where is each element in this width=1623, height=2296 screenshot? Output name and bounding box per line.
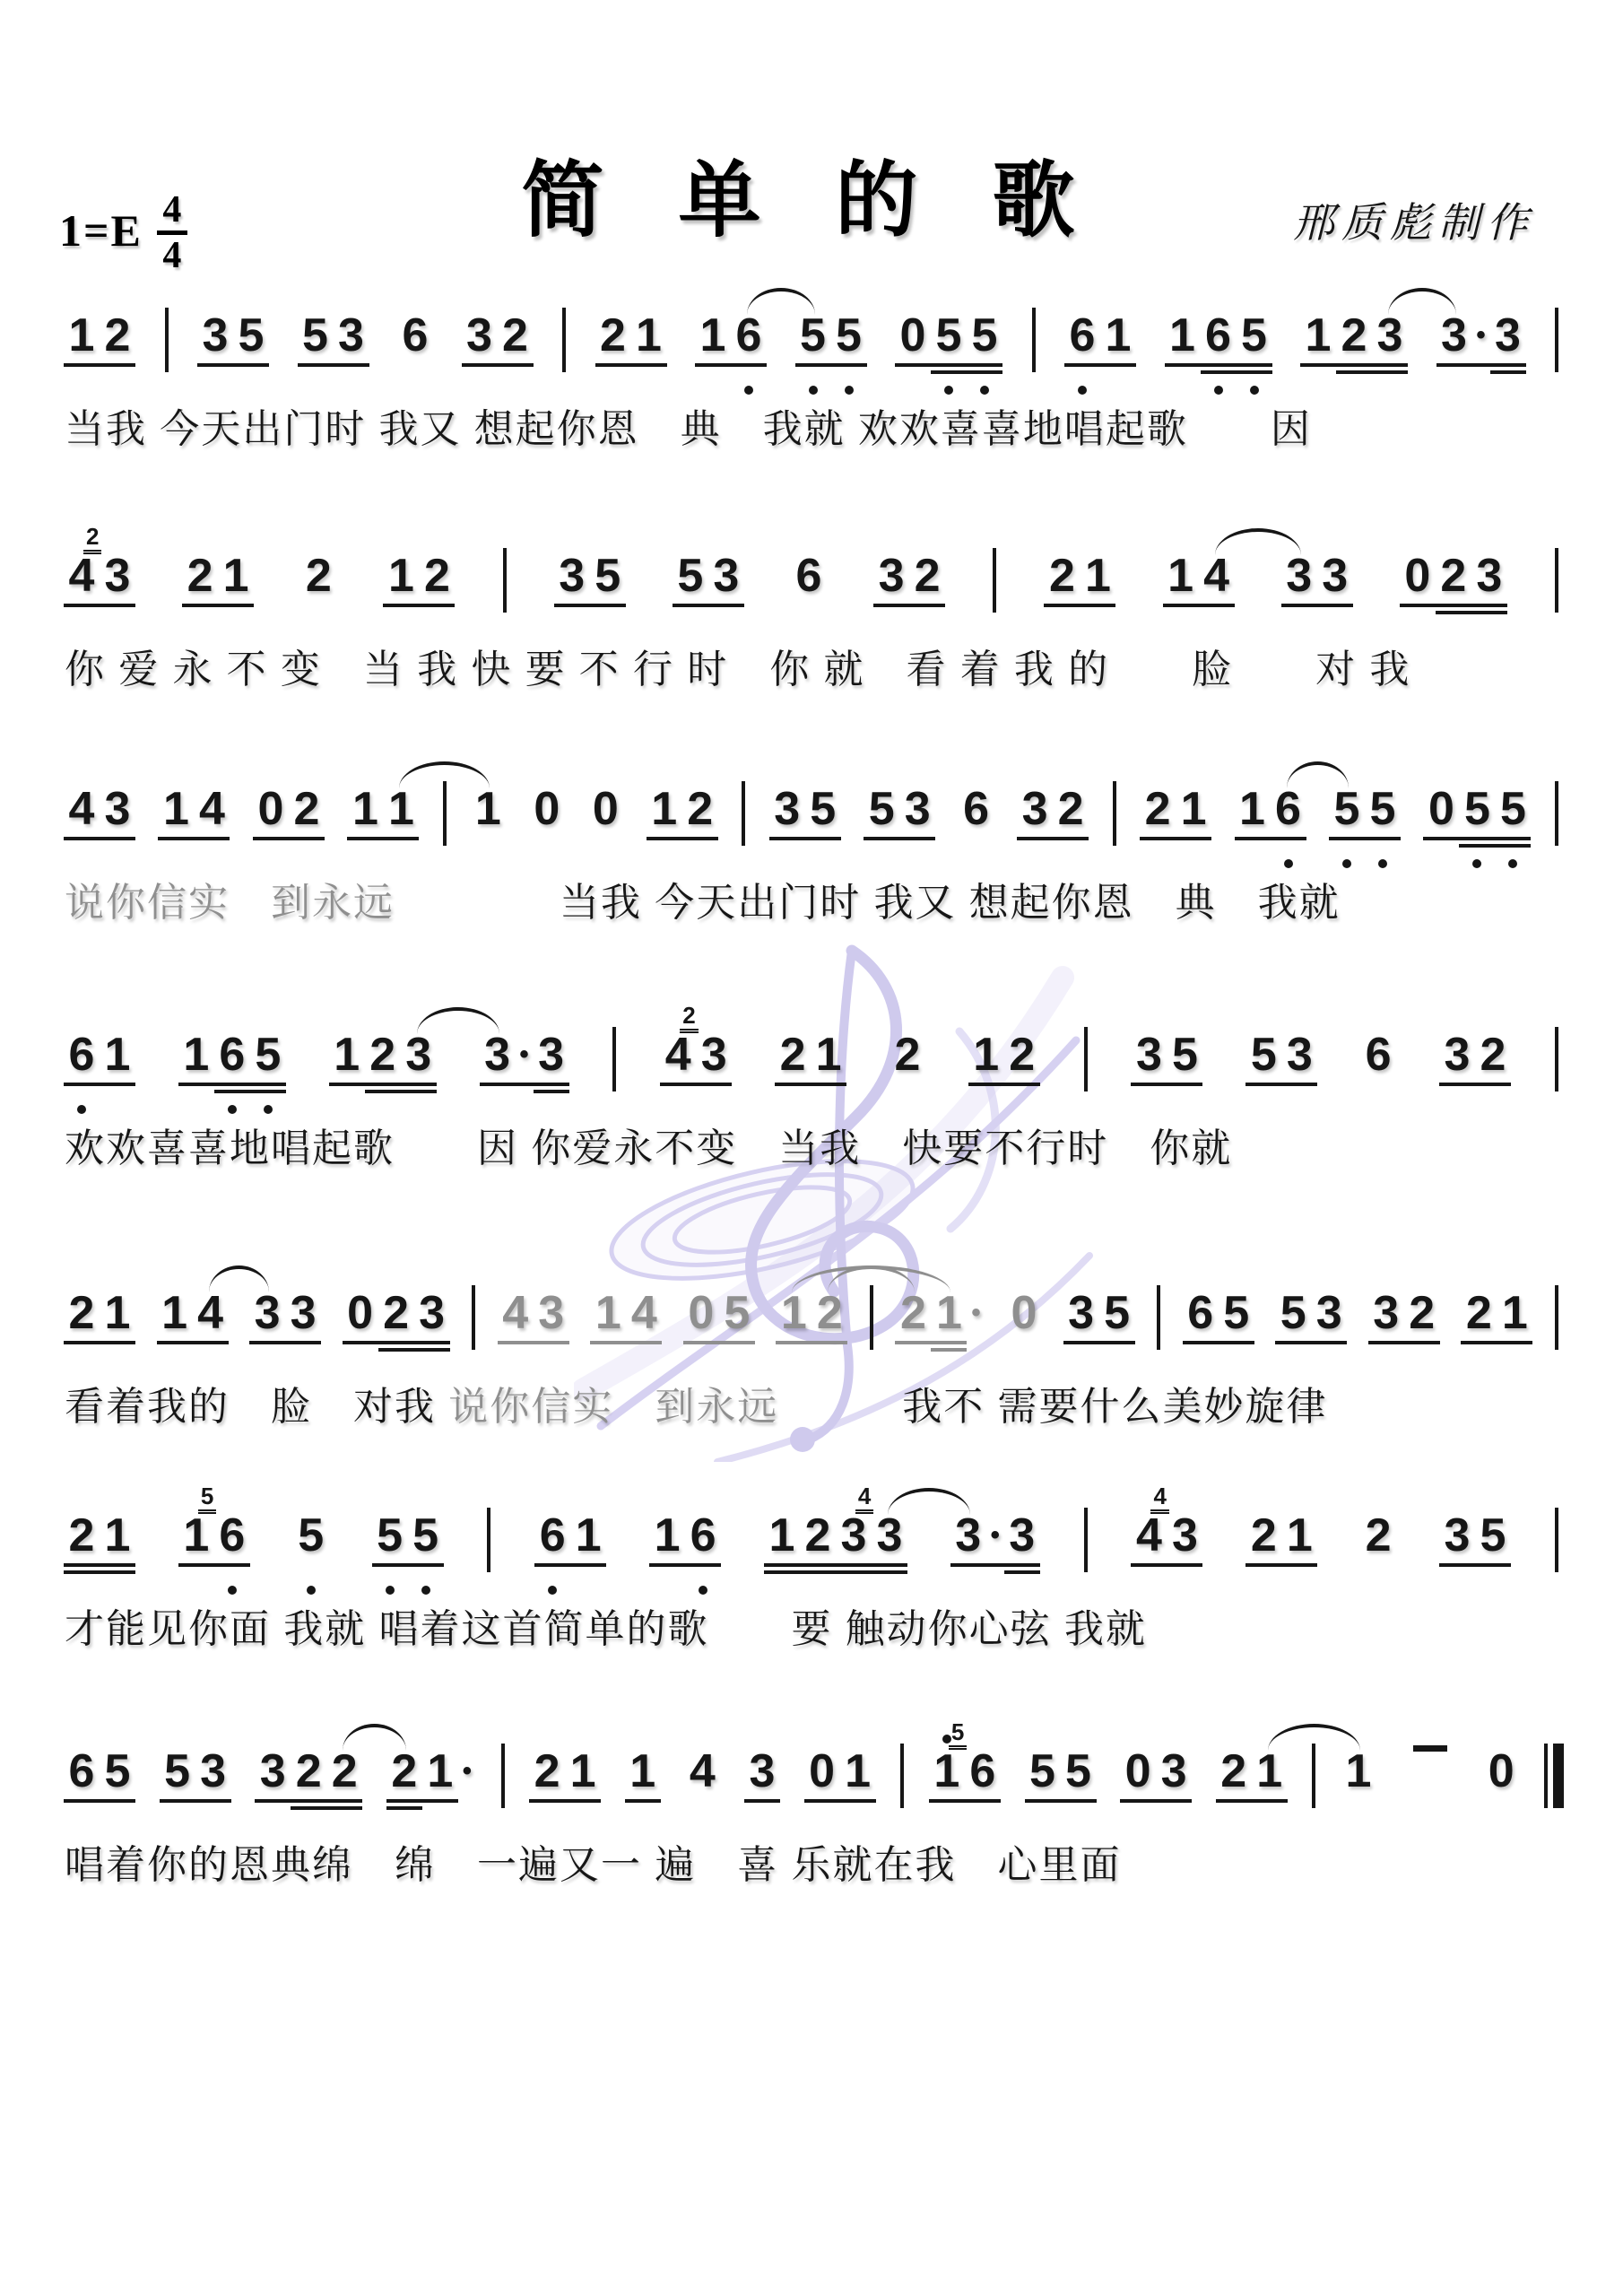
octave-dot-below-zone — [590, 1359, 626, 1378]
octave-dot-above-zone — [1360, 1007, 1396, 1029]
beam-line — [64, 604, 100, 607]
note: 0 — [804, 1724, 840, 1836]
octave-dot-below-zone — [1336, 381, 1372, 400]
beam-lines — [334, 361, 369, 381]
octave-dot-above-zone — [372, 1488, 408, 1509]
octave-dot-above-zone — [840, 1724, 876, 1745]
duration-dot: • — [1472, 309, 1490, 361]
beam-lines — [1483, 1797, 1519, 1817]
octave-dot-above-zone — [1360, 1488, 1396, 1509]
beam-line — [365, 1090, 401, 1093]
beam-lines — [1063, 1339, 1099, 1359]
beam-line — [931, 1341, 967, 1344]
beam-line — [64, 1563, 100, 1567]
beam-lines — [1245, 1561, 1281, 1581]
note-digit: 0 — [253, 783, 289, 835]
beam-line — [1252, 1799, 1288, 1803]
octave-dot-below-zone — [386, 1817, 422, 1836]
octave-dot-below-zone — [1459, 855, 1495, 874]
octave-dot-above-zone — [1490, 288, 1526, 309]
octave-dot-above-zone — [986, 1488, 1004, 1509]
notation-line: 43140211100123553632211655055 — [56, 761, 1567, 874]
note: 1 — [158, 761, 194, 874]
beam-lines — [899, 835, 935, 855]
beam-line — [899, 837, 935, 840]
note: 1 — [157, 1265, 193, 1378]
octave-dot-below-zone — [293, 1581, 329, 1600]
beam-line — [64, 1341, 100, 1344]
note: 1 — [329, 1007, 365, 1119]
octave-dot-above-zone — [422, 1724, 458, 1745]
note: 2 — [378, 1265, 414, 1378]
octave-dot-below-zone — [529, 855, 565, 874]
beam-group: 53 — [160, 1724, 231, 1836]
beam-group: 35 — [1063, 1265, 1135, 1378]
note-digit: 0 — [1120, 1745, 1156, 1797]
beam-line — [1436, 604, 1471, 607]
octave-dot-below-zone — [249, 1359, 285, 1378]
duration-dot: • — [986, 1509, 1004, 1561]
low-octave-dot — [1078, 386, 1087, 395]
octave-dot-above-zone — [214, 1007, 250, 1029]
octave-dot-above-zone — [967, 288, 1002, 309]
octave-dot-above-zone — [100, 1488, 135, 1509]
beam-lines — [1475, 1081, 1511, 1100]
beam-lines — [1100, 361, 1136, 381]
octave-dot-above-zone — [1044, 528, 1080, 550]
beam-line — [1237, 370, 1272, 374]
note-digit: 1 — [1163, 550, 1199, 602]
note-digit: 2 — [1404, 1287, 1440, 1339]
octave-dot-above-zone — [291, 1724, 326, 1745]
octave-dot-below-zone — [1131, 1581, 1167, 1600]
note: 3 — [1439, 1007, 1475, 1119]
beam-line — [696, 1083, 732, 1086]
note: 3 — [1490, 288, 1526, 400]
octave-dot-above-zone — [965, 1724, 1001, 1745]
lyrics-line: 说你信实 到永远 当我 今天出门时 我又 想起你恩 典 我就 — [56, 875, 1567, 931]
beam-line — [178, 1563, 214, 1567]
octave-dot-below-zone — [1100, 381, 1136, 400]
beam-line — [719, 1341, 755, 1344]
beam-line — [1183, 1341, 1219, 1344]
lyric-segment: 你 爱 永 不 变 当 我 快 要 不 行 时 你 就 看 着 我 的 脸 对 … — [65, 648, 1410, 691]
beam-line — [1237, 363, 1272, 367]
note-digit: 0 — [1483, 1745, 1519, 1797]
beam-line — [249, 1341, 285, 1344]
note: 2 — [1436, 528, 1471, 640]
lyrics-line: 欢欢喜喜地唱起歌 因 你爱永不变 当我 快要不行时 你就 — [56, 1121, 1567, 1177]
note: 2 — [419, 528, 455, 640]
beam-line — [967, 370, 1002, 374]
note-digit: 5 — [100, 1745, 135, 1797]
octave-dot-above-zone — [1140, 761, 1176, 783]
final-barline — [1544, 1744, 1564, 1808]
note-digit: 2 — [1436, 550, 1471, 602]
octave-dot-below-zone — [1176, 855, 1211, 874]
octave-dot-above-zone — [890, 1007, 925, 1029]
low-octave-dot — [845, 386, 854, 395]
octave-dot-below-zone — [986, 1581, 1004, 1600]
beam-line — [590, 604, 626, 607]
beam-lines — [1201, 361, 1237, 381]
octave-dot-above-zone — [255, 1724, 291, 1745]
note: 4 — [626, 1265, 662, 1378]
beam-lines — [1400, 602, 1436, 622]
beam-lines — [64, 1339, 100, 1359]
note: • — [458, 1724, 476, 1836]
note: 1 — [1235, 761, 1271, 874]
note-digit: 2 — [365, 1029, 401, 1081]
barline — [501, 1744, 505, 1808]
beam-line — [253, 837, 289, 840]
octave-dot-above-zone — [1219, 1265, 1254, 1287]
beam-line — [764, 1570, 800, 1574]
note-digit: 5 — [1475, 1509, 1511, 1561]
note-digit: 3 — [1131, 1029, 1167, 1081]
note: 2 — [64, 1488, 100, 1600]
note-digit: 2 — [1461, 1287, 1497, 1339]
beam-lines — [401, 1081, 437, 1100]
beam-lines — [587, 835, 623, 855]
octave-dot-below-zone — [462, 381, 498, 400]
octave-dot-below-zone — [1063, 1359, 1099, 1378]
octave-dot-above-zone — [347, 761, 383, 783]
beam-line — [326, 1806, 362, 1810]
note: 5 — [673, 528, 708, 640]
octave-dot-above-zone — [158, 761, 194, 783]
low-octave-dot — [699, 1586, 707, 1595]
octave-dot-below-zone — [64, 855, 100, 874]
beam-lines — [1439, 1561, 1475, 1581]
note-digit: 5 — [1025, 1745, 1061, 1797]
lyric-segment: 当我 今天出门时 我又 想起你恩 典 我就 — [395, 881, 1341, 925]
beam-group: 03 — [1120, 1724, 1192, 1836]
beam-lines — [873, 602, 909, 622]
beam-line — [836, 1570, 872, 1574]
octave-dot-below-zone — [1360, 1581, 1396, 1600]
beam-lines — [1183, 1339, 1219, 1359]
note-digit: 32 — [100, 550, 135, 602]
beam-lines — [64, 1081, 100, 1100]
beam-line — [1044, 604, 1080, 607]
note: 3 — [1368, 1265, 1404, 1378]
beam-line — [731, 363, 767, 367]
note-digit: 2 — [182, 550, 218, 602]
note-digit: 3 — [1439, 1029, 1475, 1081]
note-digit: 1 — [422, 1745, 458, 1797]
octave-dot-below-zone — [1483, 1817, 1519, 1836]
beam-lines — [253, 835, 289, 855]
beam-group: 02 — [253, 761, 325, 874]
octave-dot-below-zone — [967, 1359, 985, 1378]
octave-dot-below-zone — [1201, 381, 1237, 400]
note: 65 — [965, 1724, 1001, 1836]
note-digit: 2 — [682, 783, 718, 835]
barline — [443, 781, 447, 846]
note: 5 — [1099, 1265, 1135, 1378]
beam-lines — [534, 1339, 569, 1359]
note: 5 — [408, 1488, 444, 1600]
beam-group: 55 — [372, 1488, 444, 1600]
octave-dot-below-zone — [329, 1100, 365, 1119]
note-digit: 1 — [1235, 783, 1271, 835]
octave-dot-above-zone — [811, 1007, 846, 1029]
barline — [742, 781, 745, 846]
beam-line — [1317, 604, 1353, 607]
grace-note: 4 — [855, 1484, 873, 1514]
octave-dot-above-zone — [1471, 528, 1507, 550]
beam-line — [647, 837, 682, 840]
beam-lines — [178, 1561, 214, 1581]
octave-dot-above-zone — [769, 761, 805, 783]
note-digit: 2 — [1216, 1745, 1252, 1797]
barline — [1555, 548, 1558, 613]
beam-line — [895, 1341, 931, 1344]
beam-line — [872, 1570, 907, 1574]
note: 3 — [1439, 1488, 1475, 1600]
note: 2 — [1360, 1488, 1396, 1600]
barline — [1555, 1508, 1558, 1572]
note-digit: 0 — [804, 1745, 840, 1797]
note: 0 — [1006, 1265, 1042, 1378]
beam-group: 21 — [1044, 528, 1115, 640]
beam-line — [625, 1799, 661, 1803]
note: 2 — [1216, 1724, 1252, 1836]
octave-dot-above-zone — [1317, 528, 1353, 550]
octave-dot-below-zone — [587, 855, 623, 874]
note: 1 — [631, 288, 667, 400]
note: 5 — [160, 1724, 195, 1836]
beam-lines — [1235, 835, 1271, 855]
beam-line — [795, 363, 831, 367]
beam-lines — [372, 1561, 408, 1581]
note: 1 — [1497, 1265, 1532, 1378]
beam-line — [1336, 363, 1372, 367]
octave-dot-above-zone — [397, 288, 433, 309]
beam-line — [1490, 370, 1526, 374]
low-octave-dot — [421, 1586, 430, 1595]
beam-line — [554, 604, 590, 607]
beam-lines — [498, 361, 534, 381]
octave-dot-below-zone — [1183, 1359, 1219, 1378]
octave-dot-above-zone — [414, 1265, 450, 1287]
beam-group: 32 — [462, 288, 534, 400]
beam-lines — [864, 835, 899, 855]
beam-line — [100, 363, 135, 367]
barline — [1555, 1285, 1558, 1350]
beam-lines — [811, 1081, 846, 1100]
note: 3 — [255, 1724, 291, 1836]
beam-lines — [1006, 1339, 1042, 1359]
beam-lines — [1140, 835, 1176, 855]
octave-dot-above-zone — [1245, 1488, 1281, 1509]
barline — [870, 1285, 873, 1350]
beam-line — [769, 837, 805, 840]
octave-dot-above-zone — [289, 761, 325, 783]
beam-lines — [343, 1339, 378, 1359]
beam-lines — [414, 1339, 450, 1359]
octave-dot-above-zone — [195, 1724, 231, 1745]
note-digit: 3 — [1281, 550, 1317, 602]
beam-line — [1475, 1083, 1511, 1086]
octave-dot-below-zone — [682, 855, 718, 874]
note-digit: 1 — [1341, 1745, 1376, 1797]
note-digit: 4 — [1131, 1509, 1167, 1561]
octave-dot-below-zone — [864, 855, 899, 874]
beam-lines — [590, 1339, 626, 1359]
note-digit: 6 — [397, 309, 433, 361]
note: 5 — [805, 761, 841, 874]
beam-line — [1201, 370, 1237, 374]
note-digit: 3 — [708, 550, 744, 602]
lyric-segment: 看着我的 脸 对我 — [65, 1385, 448, 1429]
lyric-segment: 才能见你面 我就 唱着这首简单的歌 要 触动你心弦 我就 — [65, 1607, 1147, 1651]
octave-dot-below-zone — [719, 1359, 755, 1378]
note-digit: 3 — [744, 1745, 780, 1797]
octave-dot-above-zone — [293, 1488, 329, 1509]
note: 5 — [590, 528, 626, 640]
note-digit: 3 — [195, 1745, 231, 1797]
note-digit: 3 — [950, 1509, 986, 1561]
note-digit: 2 — [291, 1745, 326, 1797]
octave-dot-above-zone — [1061, 1724, 1097, 1745]
beam-lines — [1176, 835, 1211, 855]
note: 1 — [1300, 288, 1336, 400]
note: 4 — [498, 1265, 534, 1378]
octave-dot-below-zone — [419, 622, 455, 640]
note-digit: 6 — [731, 309, 767, 361]
beam-lines — [776, 1339, 811, 1359]
beam-lines — [100, 1081, 135, 1100]
octave-dot-above-zone — [1235, 761, 1271, 783]
note: 2 — [64, 1265, 100, 1378]
octave-dot-below-zone — [554, 622, 590, 640]
octave-dot-above-zone — [673, 528, 708, 550]
octave-dot-below-zone — [764, 1581, 800, 1600]
beam-group: 43 — [64, 761, 135, 874]
beam-lines — [178, 1081, 214, 1100]
note-digit: 3 — [1063, 1287, 1099, 1339]
beam-lines — [695, 361, 731, 381]
beam-lines — [683, 1339, 719, 1359]
beam-lines — [660, 1081, 696, 1100]
note-digit: 5 — [673, 550, 708, 602]
octave-dot-above-zone — [967, 1265, 985, 1287]
barline — [1084, 1508, 1088, 1572]
octave-dot-below-zone — [100, 1817, 135, 1836]
beam-line — [347, 837, 383, 840]
beam-line — [682, 837, 718, 840]
beam-line — [1167, 1083, 1202, 1086]
beam-line — [100, 1083, 135, 1086]
note: 4 — [684, 1724, 720, 1836]
beam-group: 0 — [587, 761, 623, 874]
beam-lines — [193, 1339, 229, 1359]
octave-dot-below-zone — [931, 1359, 967, 1378]
octave-dot-below-zone — [811, 1359, 847, 1378]
low-octave-dot — [1284, 859, 1293, 868]
note-digit: 3 — [480, 1029, 516, 1081]
barline — [1312, 1744, 1315, 1808]
beam-group: 43 — [498, 1265, 569, 1378]
octave-dot-below-zone — [365, 1100, 401, 1119]
note-digit: 5 — [408, 1509, 444, 1561]
octave-dot-below-zone — [1475, 1581, 1511, 1600]
grace-note: 5 — [198, 1484, 216, 1514]
octave-dot-below-zone — [383, 622, 419, 640]
music-system: 123553632211655055611651233•3当我 今天出门时 我又… — [56, 288, 1567, 457]
note: 3 — [534, 1265, 569, 1378]
lyrics-line: 你 爱 永 不 变 当 我 快 要 不 行 时 你 就 看 着 我 的 脸 对 … — [56, 642, 1567, 698]
note: 3 — [1317, 528, 1353, 640]
octave-dot-below-zone — [193, 1359, 229, 1378]
octave-dot-below-zone — [1400, 622, 1436, 640]
octave-dot-below-zone — [255, 1817, 291, 1836]
beam-lines — [744, 1797, 780, 1817]
note: 1 — [218, 528, 254, 640]
octave-dot-above-zone — [1025, 1724, 1061, 1745]
octave-dot-above-zone — [565, 1724, 601, 1745]
octave-dot-below-zone — [1131, 1100, 1167, 1119]
beam-group: 12 — [647, 761, 718, 874]
note: 3 — [534, 1007, 569, 1119]
note: 5 — [719, 1265, 755, 1378]
beam-lines — [329, 1081, 365, 1100]
beam-lines — [218, 602, 254, 622]
note-digit: 3 — [334, 309, 369, 361]
octave-dot-above-zone — [100, 528, 135, 550]
octave-dot-below-zone — [1300, 381, 1336, 400]
octave-dot-below-zone — [1017, 855, 1053, 874]
octave-dot-below-zone — [326, 1817, 362, 1836]
barline — [993, 548, 996, 613]
note-digit: 6 — [534, 1509, 570, 1561]
note: 6 — [64, 1007, 100, 1119]
note-digit: 3 — [1368, 1287, 1404, 1339]
beam-line — [968, 1083, 1004, 1086]
beam-group: 4 — [684, 1724, 720, 1836]
beam-line — [378, 1341, 414, 1344]
note: 2 — [289, 761, 325, 874]
note-digit: 2 — [1044, 550, 1080, 602]
note-digit: 6 — [1183, 1287, 1219, 1339]
beam-line — [383, 837, 419, 840]
octave-dot-below-zone — [158, 855, 194, 874]
beam-group: 21 — [64, 1488, 135, 1600]
octave-dot-above-zone — [157, 1265, 193, 1287]
beam-lines — [950, 1561, 986, 1581]
beam-line — [214, 1090, 250, 1093]
note: 5 — [1275, 1265, 1311, 1378]
beam-lines — [383, 602, 419, 622]
beam-line — [1281, 1083, 1317, 1086]
beam-line — [836, 1563, 872, 1567]
beam-line — [422, 1799, 458, 1803]
note-digit: 5 — [805, 783, 841, 835]
beam-line — [1365, 837, 1401, 840]
beam-line — [931, 363, 967, 367]
note: 5 — [1167, 1007, 1202, 1119]
octave-dot-below-zone — [414, 1359, 450, 1378]
note: 5 — [864, 761, 899, 874]
beam-lines — [1336, 361, 1372, 381]
octave-dot-above-zone — [1475, 1007, 1511, 1029]
beam-group: 0 — [1006, 1265, 1042, 1378]
octave-dot-above-zone — [800, 1488, 836, 1509]
octave-dot-above-zone — [899, 761, 935, 783]
beam-lines — [197, 361, 233, 381]
